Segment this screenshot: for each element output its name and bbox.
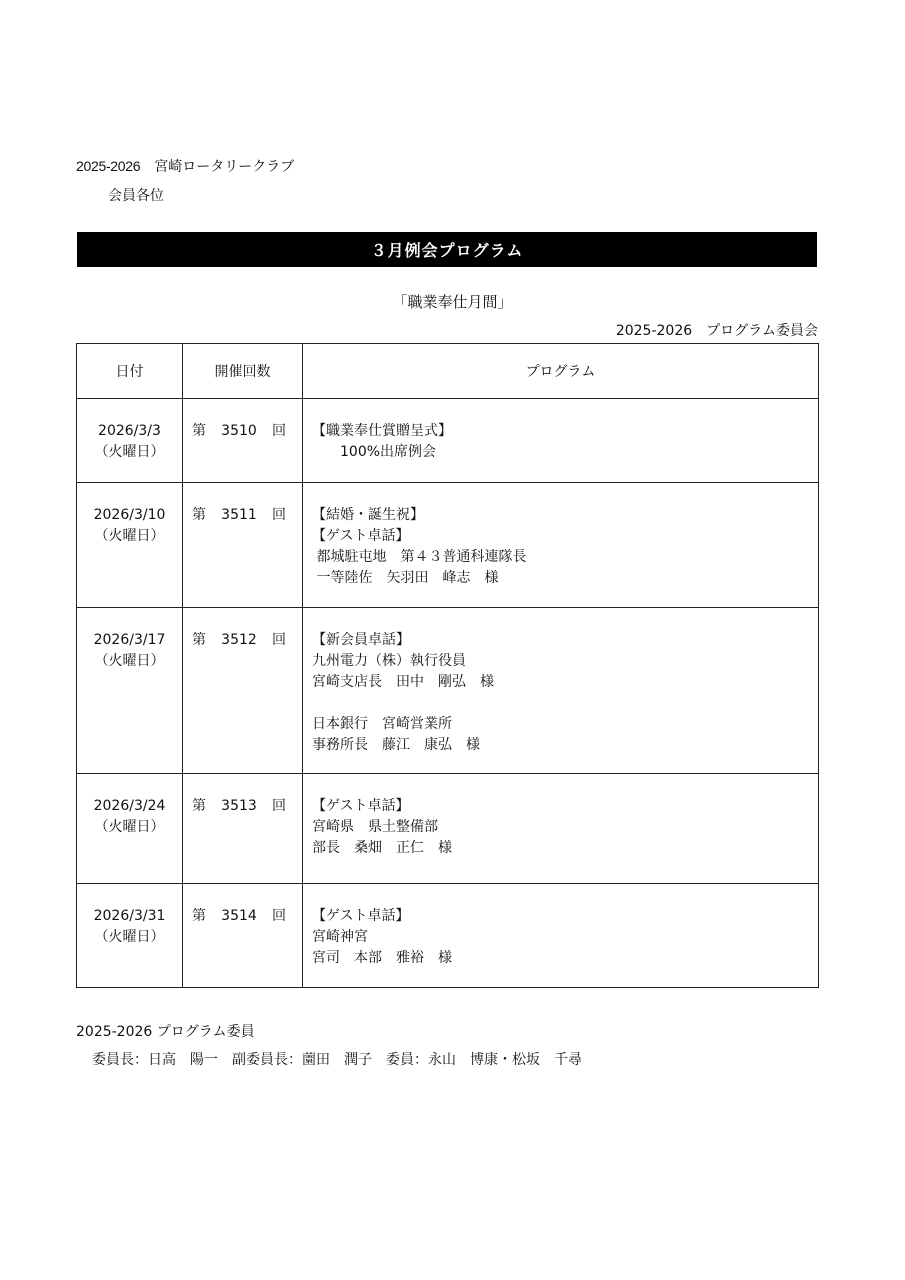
program-line: 一等陸佐 矢羽田 峰志 様 xyxy=(312,568,818,589)
meeting-weekday: （火曜日） xyxy=(77,526,182,547)
program-line: 部長 桑畑 正仁 様 xyxy=(312,838,818,859)
program-cell: 【新会員卓話】九州電力（株）執行役員宮崎支店長 田中 剛弘 様日本銀行 宮崎営業… xyxy=(303,608,819,774)
date-cell: 2026/3/10（火曜日） xyxy=(77,483,183,608)
club-heading: 2025-2026 宮崎ロータリークラブ xyxy=(76,156,294,176)
addressee: 会員各位 xyxy=(108,185,164,205)
program-line: 【ゲスト卓話】 xyxy=(312,796,818,817)
committee-line: 2025-2026 プログラム委員会 xyxy=(616,320,818,340)
program-line: 【ゲスト卓話】 xyxy=(312,526,818,547)
meeting-date: 2026/3/17 xyxy=(77,630,182,651)
meeting-date: 2026/3/31 xyxy=(77,906,182,927)
program-line: 【結婚・誕生祝】 xyxy=(312,505,818,526)
meeting-weekday: （火曜日） xyxy=(77,442,182,463)
program-line: 【職業奉仕賞贈呈式】 xyxy=(312,421,818,442)
program-line: 日本銀行 宮崎営業所 xyxy=(312,714,818,735)
header-program: プログラム xyxy=(303,344,819,399)
date-cell: 2026/3/24（火曜日） xyxy=(77,774,183,884)
session-number-cell: 第3511回 xyxy=(183,483,303,608)
session-suffix: 回 xyxy=(272,421,286,442)
program-line: 宮崎県 県土整備部 xyxy=(312,817,818,838)
session-suffix: 回 xyxy=(272,630,286,651)
session-number: 3510 xyxy=(221,421,257,442)
date-cell: 2026/3/31（火曜日） xyxy=(77,884,183,988)
meeting-date: 2026/3/10 xyxy=(77,505,182,526)
program-line: 宮崎神宮 xyxy=(312,927,818,948)
session-prefix: 第 xyxy=(192,796,206,817)
club-year: 2025-2026 xyxy=(76,158,140,174)
table-row: 2026/3/24（火曜日）第3513回【ゲスト卓話】宮崎県 県土整備部部長 桑… xyxy=(77,774,819,884)
meeting-weekday: （火曜日） xyxy=(77,817,182,838)
program-line: 【ゲスト卓話】 xyxy=(312,906,818,927)
session-prefix: 第 xyxy=(192,630,206,651)
table-row: 2026/3/10（火曜日）第3511回【結婚・誕生祝】【ゲスト卓話】 都城駐屯… xyxy=(77,483,819,608)
session-prefix: 第 xyxy=(192,421,206,442)
program-line: 100%出席例会 xyxy=(312,442,818,463)
session-number: 3513 xyxy=(221,796,257,817)
session-number-cell: 第3512回 xyxy=(183,608,303,774)
date-cell: 2026/3/3（火曜日） xyxy=(77,399,183,483)
date-cell: 2026/3/17（火曜日） xyxy=(77,608,183,774)
session-number: 3514 xyxy=(221,906,257,927)
page-title: ３月例会プログラム xyxy=(371,238,524,261)
program-line: 事務所長 藤江 康弘 様 xyxy=(312,735,818,756)
meeting-date: 2026/3/24 xyxy=(77,796,182,817)
session-number-cell: 第3514回 xyxy=(183,884,303,988)
program-cell: 【結婚・誕生祝】【ゲスト卓話】 都城駐屯地 第４３普通科連隊長 一等陸佐 矢羽田… xyxy=(303,483,819,608)
program-line: 【新会員卓話】 xyxy=(312,630,818,651)
footer-committee-title: 2025-2026 プログラム委員 xyxy=(76,1021,255,1041)
program-line: 九州電力（株）執行役員 xyxy=(312,651,818,672)
session-suffix: 回 xyxy=(272,505,286,526)
program-table: 日付 開催回数 プログラム 2026/3/3（火曜日）第3510回【職業奉仕賞贈… xyxy=(76,343,819,988)
session-number: 3511 xyxy=(221,505,257,526)
meeting-weekday: （火曜日） xyxy=(77,651,182,672)
program-line xyxy=(312,693,818,714)
table-header-row: 日付 開催回数 プログラム xyxy=(77,344,819,399)
session-number-cell: 第3513回 xyxy=(183,774,303,884)
program-cell: 【ゲスト卓話】宮崎県 県土整備部部長 桑畑 正仁 様 xyxy=(303,774,819,884)
session-number: 3512 xyxy=(221,630,257,651)
program-line: 宮崎支店長 田中 剛弘 様 xyxy=(312,672,818,693)
program-line: 宮司 本部 雅裕 様 xyxy=(312,948,818,969)
title-bar: ３月例会プログラム xyxy=(77,232,817,267)
club-name: 宮崎ロータリークラブ xyxy=(154,159,294,175)
program-cell: 【職業奉仕賞贈呈式】 100%出席例会 xyxy=(303,399,819,483)
session-suffix: 回 xyxy=(272,906,286,927)
table-row: 2026/3/17（火曜日）第3512回【新会員卓話】九州電力（株）執行役員宮崎… xyxy=(77,608,819,774)
program-cell: 【ゲスト卓話】宮崎神宮宮司 本部 雅裕 様 xyxy=(303,884,819,988)
session-prefix: 第 xyxy=(192,505,206,526)
session-suffix: 回 xyxy=(272,796,286,817)
meeting-date: 2026/3/3 xyxy=(77,421,182,442)
table-row: 2026/3/3（火曜日）第3510回【職業奉仕賞贈呈式】 100%出席例会 xyxy=(77,399,819,483)
header-date: 日付 xyxy=(77,344,183,399)
meeting-weekday: （火曜日） xyxy=(77,927,182,948)
session-number-cell: 第3510回 xyxy=(183,399,303,483)
header-session-number: 開催回数 xyxy=(183,344,303,399)
table-row: 2026/3/31（火曜日）第3514回【ゲスト卓話】宮崎神宮宮司 本部 雅裕 … xyxy=(77,884,819,988)
footer-committee-members: 委員長：日高 陽一 副委員長：薗田 潤子 委員：永山 博康・松坂 千尋 xyxy=(92,1049,582,1069)
month-theme: 「職業奉仕月間」 xyxy=(0,291,905,312)
program-line: 都城駐屯地 第４３普通科連隊長 xyxy=(312,547,818,568)
session-prefix: 第 xyxy=(192,906,206,927)
